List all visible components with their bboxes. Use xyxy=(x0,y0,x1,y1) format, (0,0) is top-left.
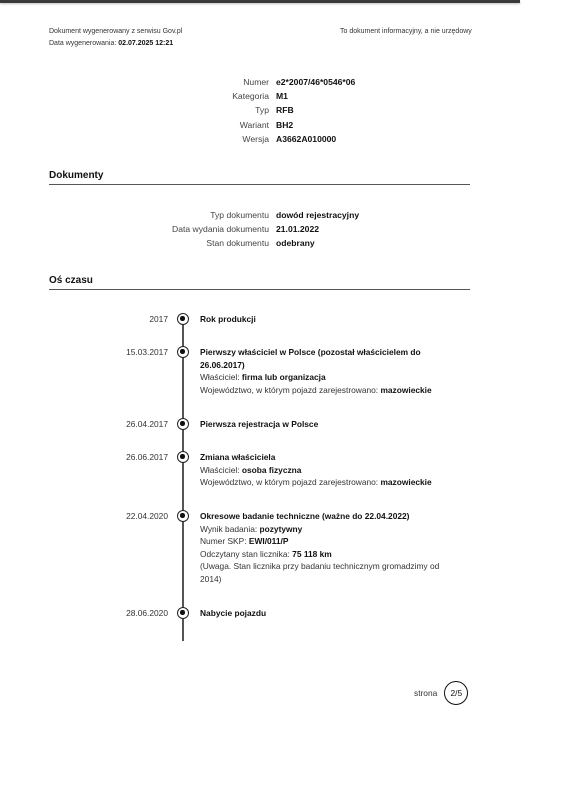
field-value: M1 xyxy=(276,89,360,103)
event-date: 15.03.2017 xyxy=(126,346,168,358)
timeline-line xyxy=(182,318,184,641)
event-detail: Właściciel: firma lub organizacja xyxy=(200,371,455,384)
event-detail-value: osoba fizyczna xyxy=(242,465,302,475)
event-date: 28.06.2020 xyxy=(126,607,168,619)
timeline-dot-icon xyxy=(177,510,189,522)
field-label: Data wydania dokumentu xyxy=(0,222,269,236)
event-detail-label: Wynik badania: xyxy=(200,524,260,534)
field-label: Stan dokumentu xyxy=(0,236,269,250)
disclaimer: To dokument informacyjny, a nie urzędowy xyxy=(340,26,472,38)
event-body: Pierwszy właściciel w Polsce (pozostał w… xyxy=(200,346,455,396)
timeline-dot-icon xyxy=(177,418,189,430)
event-detail-label: Odczytany stan licznika: xyxy=(200,549,292,559)
event-detail-label: Województwo, w którym pojazd zarejestrow… xyxy=(200,477,380,487)
timeline-dot-icon xyxy=(177,607,189,619)
field-value: odebrany xyxy=(276,236,420,250)
event-detail-value: 75 118 km xyxy=(292,549,332,559)
generated-date-label: Data wygenerowania: xyxy=(49,40,116,47)
event-title: Zmiana właściciela xyxy=(200,451,455,464)
event-title: Pierwsza rejestracja w Polsce xyxy=(200,418,455,431)
event-date: 26.04.2017 xyxy=(126,418,168,430)
event-detail: (Uwaga. Stan licznika przy badaniu techn… xyxy=(200,560,455,585)
timeline-dot-icon xyxy=(177,313,189,325)
event-detail-value: mazowieckie xyxy=(380,477,431,487)
event-detail: Województwo, w którym pojazd zarejestrow… xyxy=(200,384,455,397)
event-body: Rok produkcji xyxy=(200,313,455,326)
field-value: 21.01.2022 xyxy=(276,222,420,236)
field-value: dowód rejestracyjny xyxy=(276,208,420,222)
generated-date: Data wygenerowania: 02.07.2025 12:21 xyxy=(49,38,182,50)
event-detail: Województwo, w którym pojazd zarejestrow… xyxy=(200,476,455,489)
event-detail-value: pozytywny xyxy=(260,524,303,534)
event-body: Nabycie pojazdu xyxy=(200,607,455,620)
event-title: Rok produkcji xyxy=(200,313,455,326)
timeline-dot-icon xyxy=(177,346,189,358)
field-label: Kategoria xyxy=(0,89,269,103)
field-value: BH2 xyxy=(276,118,360,132)
event-detail: Właściciel: osoba fizyczna xyxy=(200,464,455,477)
event-body: Pierwsza rejestracja w Polsce xyxy=(200,418,455,431)
event-detail-label: Województwo, w którym pojazd zarejestrow… xyxy=(200,385,380,395)
event-detail: Numer SKP: EWI/011/P xyxy=(200,535,455,548)
event-date: 26.06.2017 xyxy=(126,451,168,463)
header-left: Dokument wygenerowany z serwisu Gov.pl D… xyxy=(49,26,182,50)
section-title-documents: Dokumenty xyxy=(49,170,470,185)
event-title: Nabycie pojazdu xyxy=(200,607,455,620)
event-detail-value: firma lub organizacja xyxy=(242,372,326,382)
event-detail-value: EWI/011/P xyxy=(249,536,289,546)
timeline-dot-icon xyxy=(177,451,189,463)
page-number-badge: 2/5 xyxy=(444,681,468,705)
event-detail: Odczytany stan licznika: 75 118 km xyxy=(200,548,455,561)
event-detail-label: Numer SKP: xyxy=(200,536,249,546)
event-body: Okresowe badanie techniczne (ważne do 22… xyxy=(200,510,455,585)
event-detail-label: Właściciel: xyxy=(200,465,242,475)
page-label: strona xyxy=(414,688,437,698)
top-rule xyxy=(0,0,520,3)
event-title: Okresowe badanie techniczne (ważne do 22… xyxy=(200,510,455,523)
event-detail-label: (Uwaga. Stan licznika przy badaniu techn… xyxy=(200,561,439,584)
event-title: Pierwszy właściciel w Polsce (pozostał w… xyxy=(200,346,455,371)
generated-date-value: 02.07.2025 12:21 xyxy=(118,40,173,47)
field-label: Wersja xyxy=(0,132,269,146)
field-label: Wariant xyxy=(0,118,269,132)
field-value: RFB xyxy=(276,103,360,117)
page-indicator: strona 2/5 xyxy=(414,681,468,705)
field-label: Typ xyxy=(0,103,269,117)
event-detail-label: Właściciel: xyxy=(200,372,242,382)
field-value: A3662A010000 xyxy=(276,132,360,146)
event-date: 22.04.2020 xyxy=(126,510,168,522)
field-label: Numer xyxy=(0,75,269,89)
section-title-timeline: Oś czasu xyxy=(49,275,470,290)
event-detail-value: mazowieckie xyxy=(380,385,431,395)
document-details: Typ dokumentudowód rejestracyjnyData wyd… xyxy=(0,208,420,251)
event-date: 2017 xyxy=(149,313,168,325)
event-detail: Wynik badania: pozytywny xyxy=(200,523,455,536)
field-value: e2*2007/46*0546*06 xyxy=(276,75,360,89)
event-body: Zmiana właścicielaWłaściciel: osoba fizy… xyxy=(200,451,455,489)
vehicle-details: Numere2*2007/46*0546*06KategoriaM1TypRFB… xyxy=(0,75,360,146)
generated-from: Dokument wygenerowany z serwisu Gov.pl xyxy=(49,26,182,38)
field-label: Typ dokumentu xyxy=(0,208,269,222)
